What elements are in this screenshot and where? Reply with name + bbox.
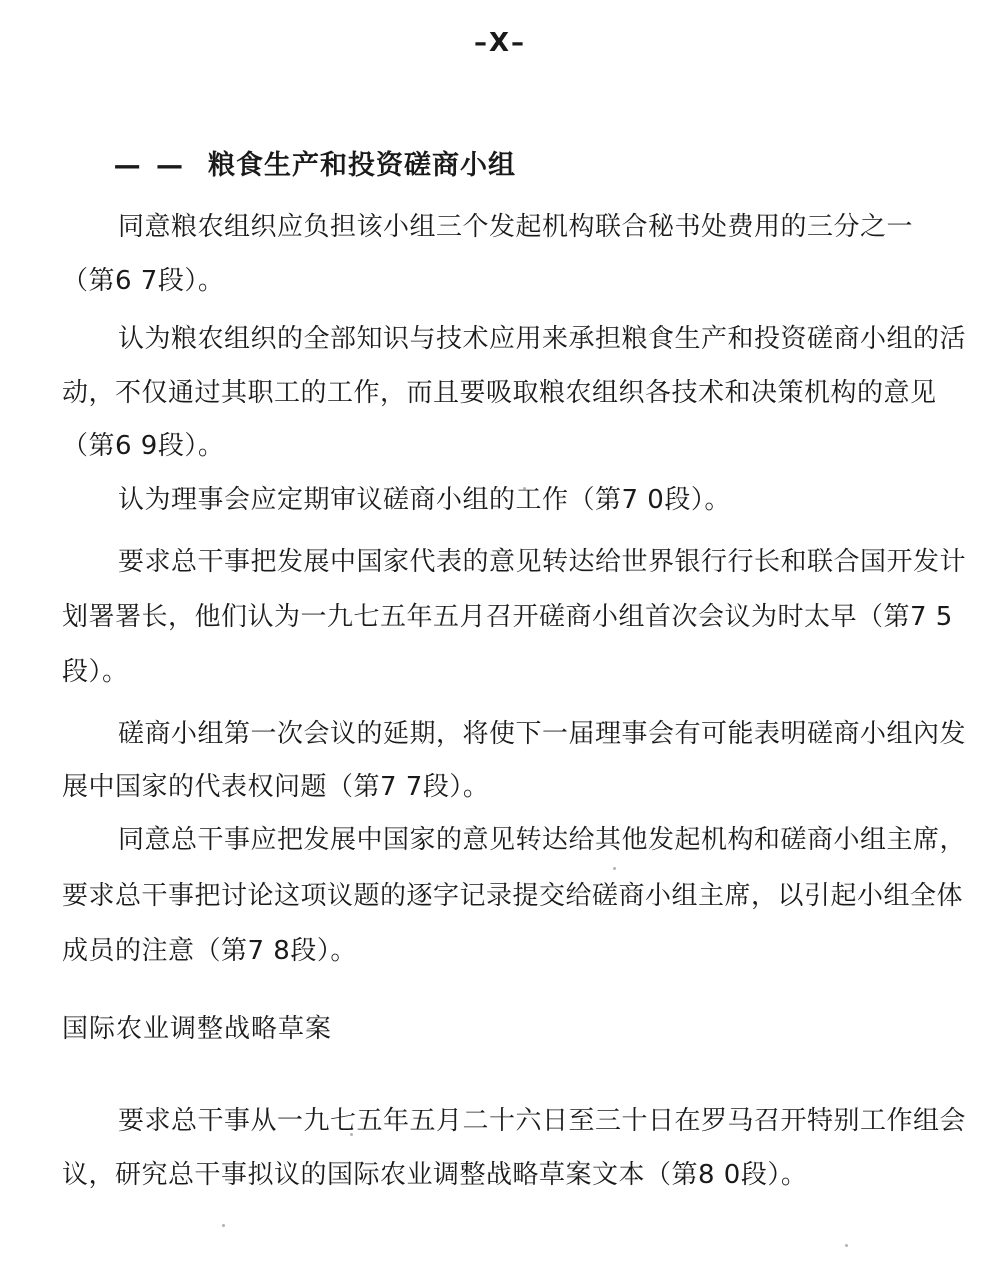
page-number: –X– xyxy=(0,28,1000,58)
body-line: 认为粮农组织的全部知识与技术应用来承担粮食生产和投资磋商小组的活 xyxy=(118,318,966,355)
topic-heading: — —粮食生产和投资磋商小组 xyxy=(76,112,516,213)
scan-speck xyxy=(845,1244,848,1247)
body-line: （第6 7段）。 xyxy=(62,260,224,297)
body-line: 段）。 xyxy=(62,651,129,688)
topic-heading-dashes: — — xyxy=(114,150,186,181)
body-line: 磋商小组第一次会议的延期，将使下一届理事会有可能表明磋商小组內发 xyxy=(118,713,966,750)
body-line: 要求总干事把讨论这项议题的逐字记录提交给磋商小组主席，以引起小组全体 xyxy=(62,875,963,912)
body-line: 划署署长，他们认为一九七五年五月召开磋商小组首次会议为时太早（第7 5 xyxy=(62,596,953,633)
topic-heading-title: 粮食生产和投资磋商小组 xyxy=(208,150,516,181)
body-line: 成员的注意（第7 8段）。 xyxy=(62,930,357,967)
section-heading: 国际农业调整战略草案 xyxy=(62,1008,332,1045)
scan-speck xyxy=(222,1224,225,1227)
body-line: 认为理事会应定期审议磋商小组的工作（第7 0段）。 xyxy=(118,479,731,516)
body-line: 同意粮农组织应负担该小组三个发起机构联合秘书处费用的三分之一 xyxy=(118,206,913,243)
body-line: 动，不仅通过其职工的工作，而且要吸取粮农组织各技术和决策机构的意见 xyxy=(62,372,937,409)
body-line: 同意总干事应把发展中国家的意见转达给其他发起机构和磋商小组主席， xyxy=(118,819,966,856)
scan-speck xyxy=(613,867,616,870)
body-line: 要求总干事从一九七五年五月二十六日至三十日在罗马召开特别工作组会 xyxy=(118,1100,966,1137)
body-line: 要求总干事把发展中国家代表的意见转达给世界银行行长和联合国开发计 xyxy=(118,541,966,578)
body-line: （第6 9段）。 xyxy=(62,425,224,462)
document-page: –X– — —粮食生产和投资磋商小组 同意粮农组织应负担该小组三个发起机构联合秘… xyxy=(0,0,1000,1269)
scan-speck xyxy=(523,487,526,490)
body-line: 议，研究总干事拟议的国际农业调整战略草案文本（第8 0段）。 xyxy=(62,1154,807,1191)
scan-speck xyxy=(350,1133,353,1136)
body-line: 展中国家的代表权问题（第7 7段）。 xyxy=(62,766,489,803)
